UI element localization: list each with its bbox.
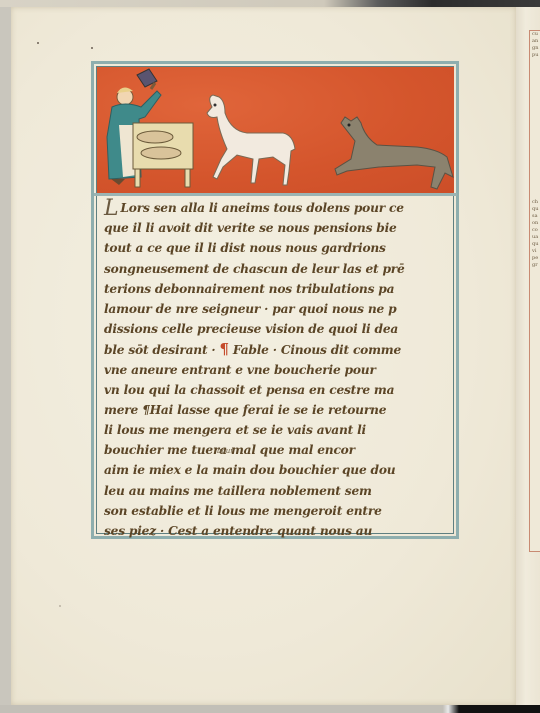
text-line-content: Lors sen alla li aneims tous dolens pour… bbox=[120, 201, 403, 215]
facing-fragment: ch bbox=[532, 199, 540, 206]
facing-page-text-frame: cu an gn pu ch qu sa on co ua qu vi pe g… bbox=[529, 30, 540, 552]
butcher-table bbox=[133, 123, 193, 187]
facing-fragment: qu bbox=[532, 206, 540, 213]
ink-speck bbox=[37, 42, 39, 44]
text-line: terions debonnairement nos tribulations … bbox=[104, 279, 454, 299]
paragraph-mark: ¶ bbox=[220, 340, 229, 358]
text-line: li lous me mengera et se ie vais avant l… bbox=[104, 420, 454, 440]
facing-fragment: ua bbox=[532, 234, 540, 241]
text-line: lamour de nre seigneur · par quoi nous n… bbox=[104, 299, 454, 319]
manuscript-text: LLors sen alla li aneims tous dolens pou… bbox=[104, 198, 454, 541]
facing-fragment: gr bbox=[532, 262, 540, 269]
facing-fragment: sa bbox=[532, 213, 540, 220]
rubric-continuation: Cinous dit comme bbox=[281, 343, 401, 357]
facing-fragment: gn bbox=[532, 45, 540, 52]
facing-fragment: pe bbox=[532, 255, 540, 262]
text-line: vne aneure entrant e vne boucherie pour bbox=[104, 360, 454, 380]
text-line-content: ble sōt desirant · bbox=[104, 343, 215, 357]
miniature-scene-icon bbox=[97, 67, 454, 193]
facing-fragment: cu bbox=[532, 31, 540, 38]
text-line: son establie et li lous me mengeroit ent… bbox=[104, 501, 454, 521]
text-line: songneusement de chascun de leur las et … bbox=[104, 259, 454, 279]
text-line: que il li avoit dit verite se nous pensi… bbox=[104, 218, 454, 238]
facing-fragment: an bbox=[532, 38, 540, 45]
text-line: leu au mains me taillera noblement sem bbox=[104, 481, 454, 501]
scan-top-edge bbox=[0, 0, 540, 7]
white-horse bbox=[207, 95, 295, 185]
facing-fragment: co bbox=[532, 227, 540, 234]
text-line: tout a ce que il li dist nous nous gardr… bbox=[104, 238, 454, 258]
miniature-illustration bbox=[97, 67, 454, 193]
text-line: bouchier me tuera mal que mal encor bbox=[104, 440, 454, 460]
interlinear-gloss: bour bbox=[217, 447, 234, 455]
facing-fragment: pu bbox=[532, 52, 540, 59]
text-line: aim ie miex e la main dou bouchier que d… bbox=[104, 460, 454, 480]
ink-speck bbox=[59, 605, 61, 607]
facing-fragment: qu bbox=[532, 241, 540, 248]
scan-bottom-edge bbox=[0, 705, 540, 713]
grey-wolf bbox=[335, 117, 453, 189]
text-line: dissions celle precieuse vision de quoi … bbox=[104, 319, 454, 339]
rubric-label: Fable · bbox=[233, 343, 277, 357]
text-line: mere ¶Hai lasse que ferai ie se ie retou… bbox=[104, 400, 454, 420]
ink-speck bbox=[91, 47, 93, 49]
facing-fragment: vi bbox=[532, 248, 540, 255]
text-line: vn lou qui la chassoit et pensa en cestr… bbox=[104, 380, 454, 400]
miniature-lower-border bbox=[94, 193, 457, 196]
text-line-with-rubric: ble sōt desirant · ¶ Fable · Cinous dit … bbox=[104, 339, 454, 359]
facing-fragment: on bbox=[532, 220, 540, 227]
text-line: LLors sen alla li aneims tous dolens pou… bbox=[104, 198, 454, 218]
text-line: ses piez · Cest a entendre quant nous au bbox=[104, 521, 454, 541]
